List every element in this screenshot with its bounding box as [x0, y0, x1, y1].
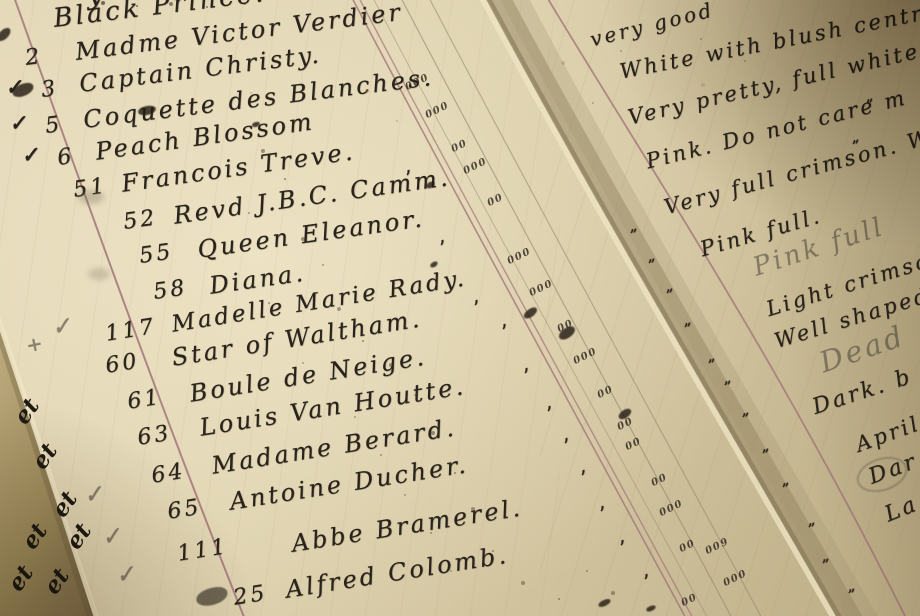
cut-off-flourish: y	[84, 0, 108, 10]
left-page-margin-line	[13, 0, 246, 616]
right-page-margin-line	[545, 0, 908, 616]
left-page-cash-column-line-1	[350, 0, 688, 616]
ledger-rule-lines	[0, 0, 920, 616]
page-edge-highlight	[480, 0, 836, 616]
left-page-column-line-c	[427, 0, 764, 616]
ledger-book-photo: Black Prince.2Madme Victor Verdier✓3Capt…	[0, 0, 920, 616]
left-page-cash-column-line-2	[357, 0, 695, 616]
gutter-shadow-soft	[512, 0, 866, 616]
rust-foxing-specks	[0, 0, 2, 2]
under-page-edge-highlight	[0, 318, 98, 616]
